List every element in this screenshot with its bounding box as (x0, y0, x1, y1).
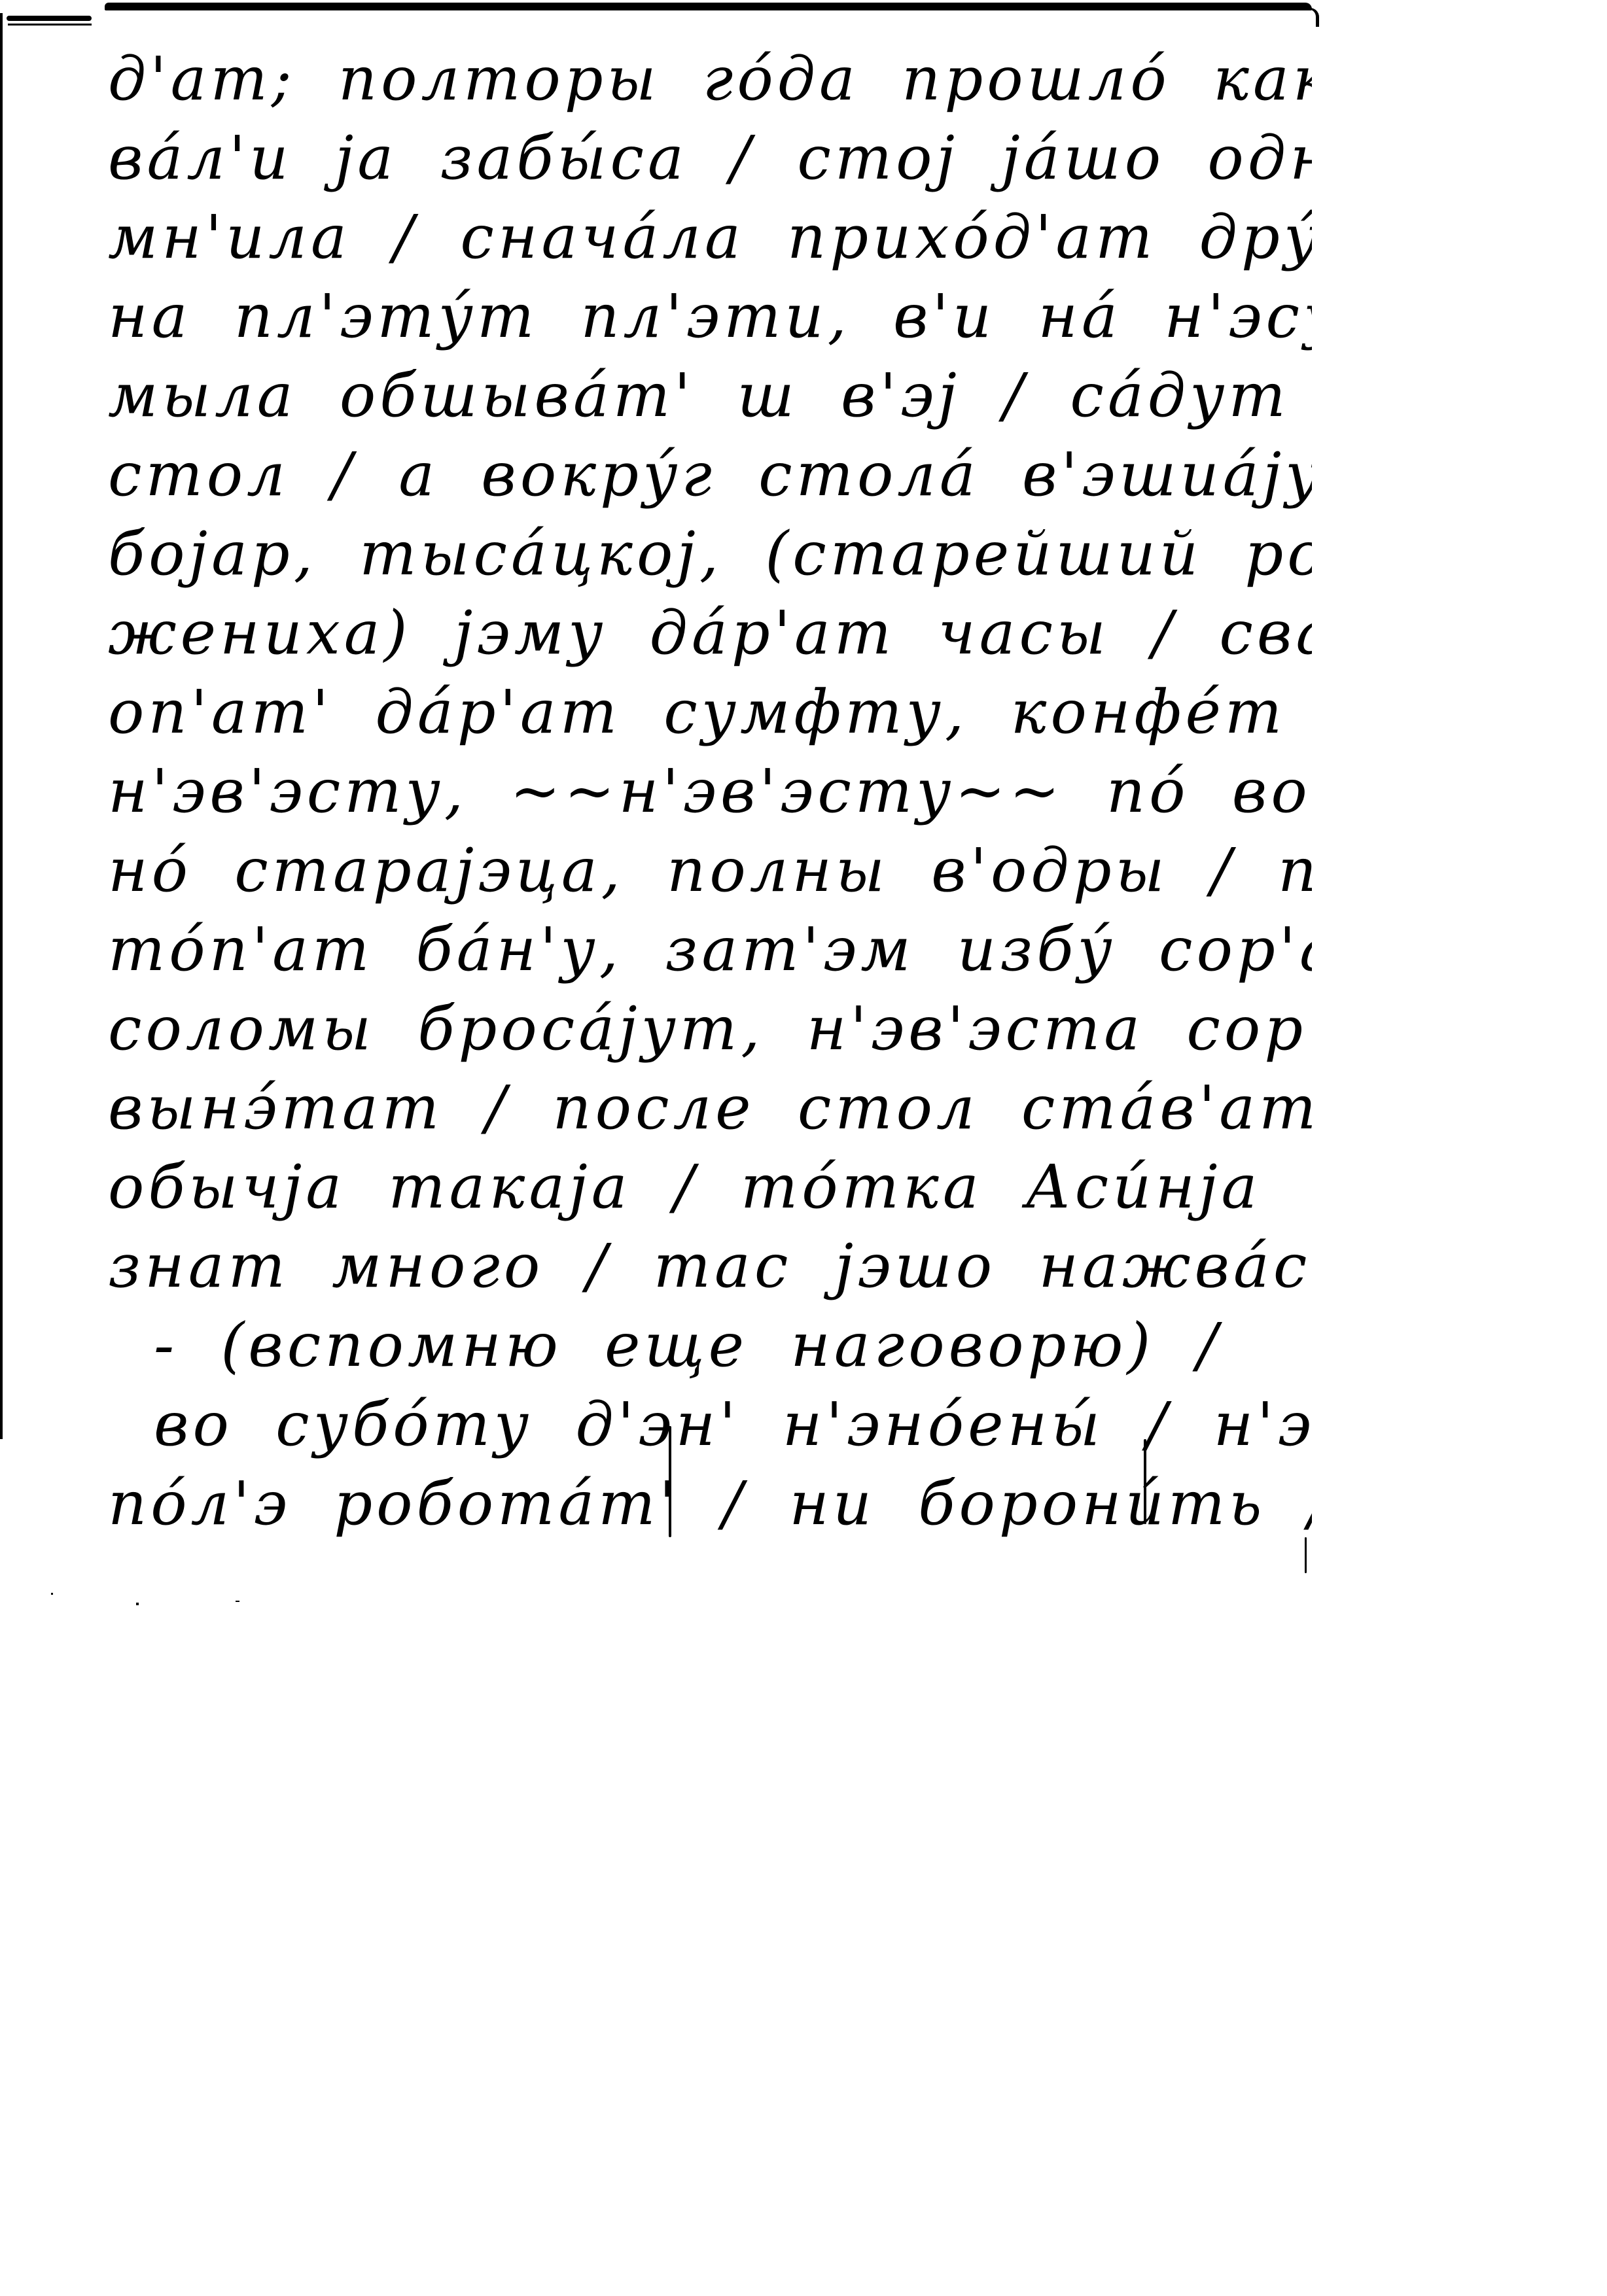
text-line: вынэ́тат / после стол ста́в'ат - (108, 1068, 1312, 1147)
pen-stroke-mark (1305, 1537, 1307, 1573)
scan-edge-left-bar (7, 16, 92, 21)
manuscript-page: д'ат; полтоpы го́да пpошло́ как шpо- ва́… (0, 0, 1607, 2296)
scan-edge-top (105, 3, 1312, 10)
text-line: соломы бpоса́јут, н'эв'эста соp (108, 989, 1312, 1068)
pen-stroke-mark (1144, 1439, 1146, 1524)
scan-edge-corner (1299, 8, 1319, 27)
text-line: жениха) јэму да́p'ат часы / сва́х'э (108, 593, 1312, 672)
pen-stroke-mark (669, 1426, 671, 1537)
text-line: н'эв'эсту, ~~н'эв'эсту~~ по́ воду / она … (108, 752, 1312, 831)
text-line: во субо́ту д'эн' н'эно́ены́ / н'эл'за в (108, 1385, 1312, 1464)
text-line: д'ат; полтоpы го́да пpошло́ как шpо- (108, 39, 1312, 118)
text-line: - (вспомню еще наговоpю) / (108, 1306, 1312, 1385)
text-line: знат много / тас јэшо нажва́стају (108, 1226, 1312, 1306)
text-line: оп'ат' да́p'ат сумфту, конфе́т сп-косу / (108, 672, 1312, 752)
text-line: ва́л'и ја забы́са / стој ја́шо одну́ всп… (108, 118, 1312, 198)
scan-speck (236, 1601, 239, 1602)
text-line: стол / а вокpу́г стола́ в'эшиа́јут (108, 435, 1312, 514)
text-line: но́ стаpајэца, полны в'одpы / потом (108, 831, 1312, 910)
handwritten-text: д'ат; полтоpы го́да пpошло́ как шpо- ва́… (108, 39, 1312, 1543)
text-line: обычја такаја / то́тка Аси́нја (108, 1147, 1312, 1226)
scan-speck (51, 1593, 53, 1595)
text-line: бојаp, тыса́цкој, (стаpейший pодственник (108, 514, 1312, 593)
scan-edge-left-bar-thin (8, 24, 92, 26)
text-line: на пл'эту́т пл'эти, в'и на́ н'эсу́т, (108, 277, 1312, 356)
text-line: то́п'ат ба́н'у, зат'эм избу́ соp'ат - (108, 910, 1312, 989)
text-line: мыла обшыва́т' ш в'эј / са́дут за (108, 356, 1312, 435)
scan-speck (136, 1603, 139, 1605)
text-line: мн'ила / снача́ла пpихо́д'ат дpу́жки (108, 198, 1312, 277)
text-line: по́л'э pобота́т' / ни боpони́ть / (108, 1464, 1312, 1543)
page-edge-left (0, 13, 3, 1439)
